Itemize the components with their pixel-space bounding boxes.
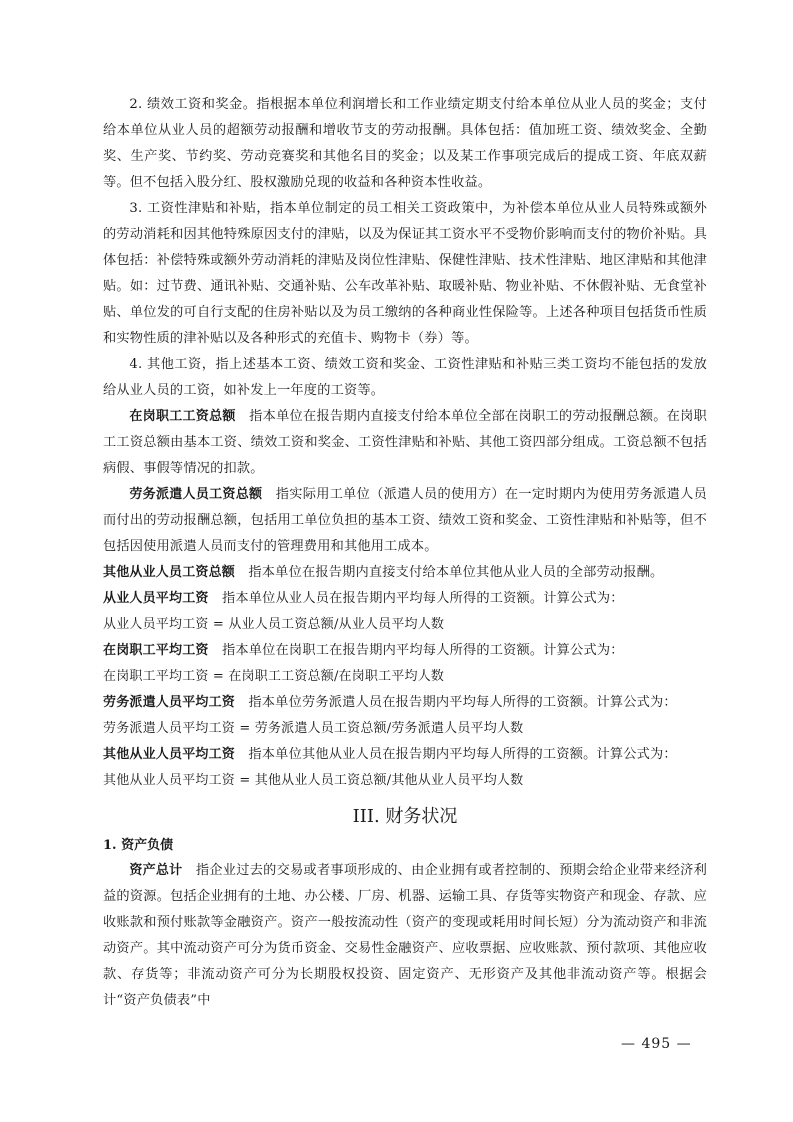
definition-text: 指企业过去的交易或者事项形成的、由企业拥有或者控制的、预期会给企业带来经济利益的… bbox=[103, 863, 707, 1008]
definition-onpost-avg-wage: 在岗职工平均工资 指本单位在岗职工在报告期内平均每人所得的工资额。计算公式为： bbox=[103, 638, 707, 664]
term: 在岗职工平均工资 bbox=[103, 643, 209, 658]
paragraph-allowances: 3. 工资性津贴和补贴，指本单位制定的员工相关工资政策中，为补偿本单位从业人员特… bbox=[103, 196, 707, 352]
subsection-title: 1. 资产负债 bbox=[103, 834, 707, 858]
formula-onpost-avg-wage: 在岗职工平均工资 = 在岗职工工资总额/在岗职工平均人数 bbox=[103, 664, 707, 690]
term: 劳务派遣人员工资总额 bbox=[129, 487, 262, 502]
definition-text: 指本单位在岗职工在报告期内平均每人所得的工资额。计算公式为： bbox=[222, 643, 624, 658]
term: 从业人员平均工资 bbox=[103, 591, 209, 606]
term: 在岗职工工资总额 bbox=[129, 409, 235, 424]
section-title: III. 财务状况 bbox=[103, 802, 707, 832]
page-number: — 495 — bbox=[621, 1036, 692, 1052]
definition-onpost-wage-total: 在岗职工工资总额 指本单位在报告期内直接支付给本单位全部在岗职工的劳动报酬总额。… bbox=[103, 404, 707, 482]
definition-text: 指本单位在报告期内直接支付给本单位其他从业人员的全部劳动报酬。 bbox=[248, 565, 663, 580]
term: 劳务派遣人员平均工资 bbox=[103, 695, 235, 710]
paragraph-performance-pay: 2. 绩效工资和奖金。指根据本单位利润增长和工作业绩定期支付给本单位从业人员的奖… bbox=[103, 92, 707, 196]
formula-other-avg-wage: 其他从业人员平均工资 = 其他从业人员工资总额/其他从业人员平均人数 bbox=[103, 768, 707, 794]
formula-dispatch-avg-wage: 劳务派遣人员平均工资 = 劳务派遣人员工资总额/劳务派遣人员平均人数 bbox=[103, 716, 707, 742]
definition-employee-avg-wage: 从业人员平均工资 指本单位从业人员在报告期内平均每人所得的工资额。计算公式为： bbox=[103, 586, 707, 612]
definition-dispatch-avg-wage: 劳务派遣人员平均工资 指本单位劳务派遣人员在报告期内平均每人所得的工资额。计算公… bbox=[103, 690, 707, 716]
definition-text: 指本单位其他从业人员在报告期内平均每人所得的工资额。计算公式为： bbox=[248, 747, 676, 762]
formula-employee-avg-wage: 从业人员平均工资 = 从业人员工资总额/从业人员平均人数 bbox=[103, 612, 707, 638]
term: 其他从业人员工资总额 bbox=[103, 565, 235, 580]
definition-other-avg-wage: 其他从业人员平均工资 指本单位其他从业人员在报告期内平均每人所得的工资额。计算公… bbox=[103, 742, 707, 768]
definition-total-assets: 资产总计 指企业过去的交易或者事项形成的、由企业拥有或者控制的、预期会给企业带来… bbox=[103, 858, 707, 1014]
paragraph-other-wages: 4. 其他工资，指上述基本工资、绩效工资和奖金、工资性津贴和补贴三类工资均不能包… bbox=[103, 352, 707, 404]
document-page: 2. 绩效工资和奖金。指根据本单位利润增长和工作业绩定期支付给本单位从业人员的奖… bbox=[103, 92, 707, 1014]
definition-other-wage-total: 其他从业人员工资总额 指本单位在报告期内直接支付给本单位其他从业人员的全部劳动报… bbox=[103, 560, 707, 586]
term: 其他从业人员平均工资 bbox=[103, 747, 235, 762]
definition-dispatch-wage-total: 劳务派遣人员工资总额 指实际用工单位（派遣人员的使用方）在一定时期内为使用劳务派… bbox=[103, 482, 707, 560]
definition-text: 指本单位劳务派遣人员在报告期内平均每人所得的工资额。计算公式为： bbox=[248, 695, 676, 710]
term: 资产总计 bbox=[129, 863, 182, 878]
definition-text: 指本单位从业人员在报告期内平均每人所得的工资额。计算公式为： bbox=[222, 591, 624, 606]
